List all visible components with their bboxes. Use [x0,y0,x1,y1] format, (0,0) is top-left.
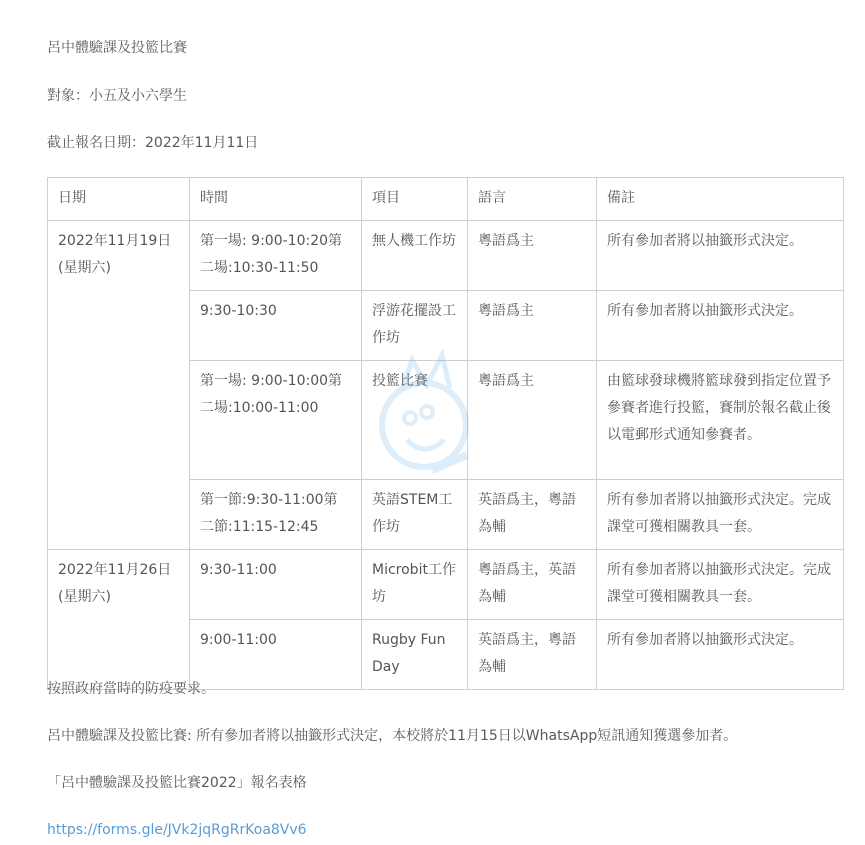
time-cell: 第一場: 9:00-10:20第二場:10:30-11:50 [190,221,362,291]
language-cell: 粵語爲主 [468,291,597,361]
language-cell: 英語爲主，粵語為輔 [468,480,597,550]
form-title: 「呂中體驗課及投籃比賽2022」報名表格 [47,773,307,793]
column-header-language: 語言 [468,178,597,221]
table-row: 2022年11月26日 (星期六) 9:30-11:00 Microbit工作坊… [48,550,844,620]
time-cell: 9:30-11:00 [190,550,362,620]
date-text: 2022年11月26日 [58,557,179,584]
schedule-table: 日期 時間 項目 語言 備註 2022年11月19日 (星期六) 第一場: 9:… [47,177,844,690]
item-cell: 無人機工作坊 [362,221,468,291]
date-text: 2022年11月19日 [58,228,179,255]
target-audience: 對象：小五及小六學生 [47,86,187,106]
table-header-row: 日期 時間 項目 語言 備註 [48,178,844,221]
column-header-item: 項目 [362,178,468,221]
language-cell: 粵語爲主 [468,361,597,480]
remarks-cell: 所有參加者將以抽籤形式決定。完成課堂可獲相關教具一套。 [597,550,844,620]
time-cell: 9:00-11:00 [190,620,362,690]
date-cell: 2022年11月26日 (星期六) [48,550,190,690]
column-header-remarks: 備註 [597,178,844,221]
time-cell: 第一節:9:30-11:00第二節:11:15-12:45 [190,480,362,550]
item-cell: 投籃比賽 [362,361,468,480]
registration-form-link[interactable]: https://forms.gle/JVk2jqRgRrKoa8Vv6 [47,822,307,838]
remarks-cell: 所有參加者將以抽籤形式決定。 [597,221,844,291]
column-header-time: 時間 [190,178,362,221]
column-header-date: 日期 [48,178,190,221]
item-cell: 英語STEM工作坊 [362,480,468,550]
item-cell: 浮游花擺設工作坊 [362,291,468,361]
weekday-text: (星期六) [58,255,179,282]
item-cell: Microbit工作坊 [362,550,468,620]
epidemic-note: 按照政府當時的防疫要求。 [47,679,215,699]
time-cell: 第一場: 9:00-10:00第二場:10:00-11:00 [190,361,362,480]
lottery-note: 呂中體驗課及投籃比賽: 所有參加者將以抽籤形式決定，本校將於11月15日以Wha… [47,726,737,746]
language-cell: 粵語爲主，英語為輔 [468,550,597,620]
time-cell: 9:30-10:30 [190,291,362,361]
remarks-cell: 所有參加者將以抽籤形式決定。 [597,620,844,690]
weekday-text: (星期六) [58,584,179,611]
registration-deadline: 截止報名日期：2022年11月11日 [47,133,258,153]
remarks-cell: 由籃球發球機將籃球發到指定位置予參賽者進行投籃，賽制於報名截止後以電郵形式通知參… [597,361,844,480]
date-cell: 2022年11月19日 (星期六) [48,221,190,550]
remarks-cell: 所有參加者將以抽籤形式決定。 [597,291,844,361]
table-row: 2022年11月19日 (星期六) 第一場: 9:00-10:20第二場:10:… [48,221,844,291]
item-cell: Rugby Fun Day [362,620,468,690]
language-cell: 英語爲主，粵語為輔 [468,620,597,690]
remarks-cell: 所有參加者將以抽籤形式決定。完成課堂可獲相關教具一套。 [597,480,844,550]
page-title: 呂中體驗課及投籃比賽 [47,38,187,58]
language-cell: 粵語爲主 [468,221,597,291]
